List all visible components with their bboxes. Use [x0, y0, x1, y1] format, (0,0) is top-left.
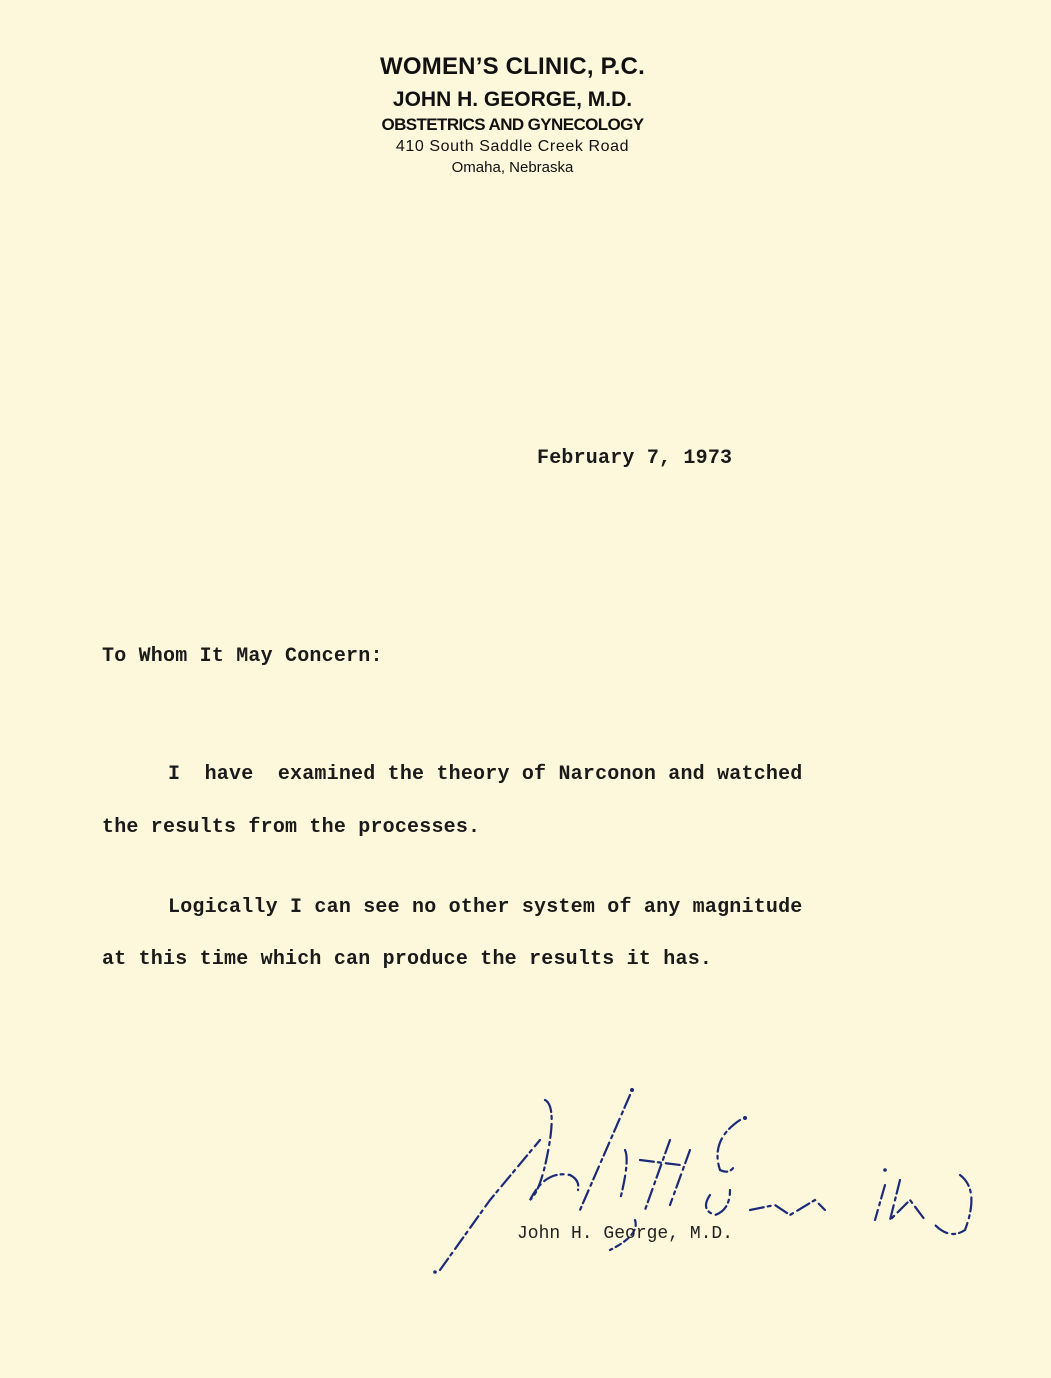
street-address: 410 South Saddle Creek Road — [0, 136, 1025, 158]
paragraph-1-line-1: I have examined the theory of Narconon a… — [168, 763, 803, 786]
letter-date: February 7, 1973 — [537, 447, 732, 470]
doctor-name: JOHN H. GEORGE, M.D. — [0, 86, 1025, 114]
salutation: To Whom It May Concern: — [102, 645, 383, 668]
paragraph-2-line-1: Logically I can see no other system of a… — [168, 896, 803, 919]
paragraph-2-line-2: at this time which can produce the resul… — [102, 948, 712, 971]
city: Omaha, Nebraska — [0, 158, 1025, 178]
specialty: OBSTETRICS AND GYNECOLOGY — [0, 114, 1025, 136]
clinic-name: WOMEN’S CLINIC, P.C. — [0, 50, 1025, 84]
handwritten-signature — [430, 1080, 1010, 1280]
paragraph-1-line-2: the results from the processes. — [102, 816, 480, 839]
letterhead: WOMEN’S CLINIC, P.C. JOHN H. GEORGE, M.D… — [0, 50, 1025, 178]
signature-name: John H. George, M.D. — [517, 1224, 733, 1244]
